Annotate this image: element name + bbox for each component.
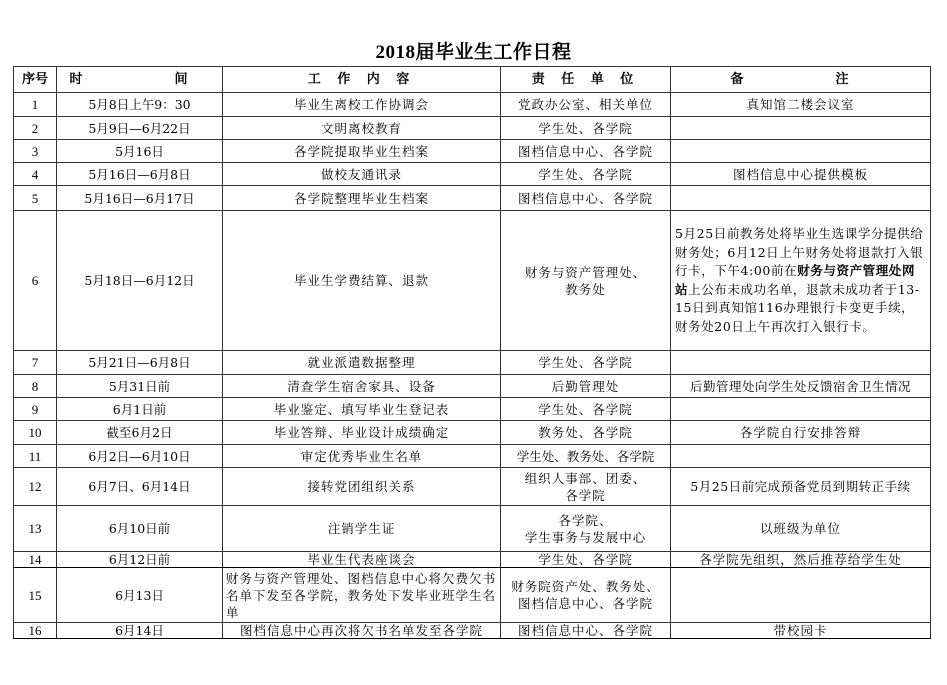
cell-unit: 学生处、各学院 (501, 398, 671, 421)
cell-no: 4 (14, 163, 57, 186)
cell-unit: 学生处、各学院 (501, 117, 671, 140)
cell-no: 13 (14, 506, 57, 552)
unit-line: 财务院资产处、教务处、 (504, 578, 667, 595)
cell-unit: 后勤管理处 (501, 375, 671, 398)
cell-no: 9 (14, 398, 57, 421)
unit-line: 财务与资产管理处、 (504, 264, 667, 281)
cell-unit: 各学院、 学生事务与发展中心 (501, 506, 671, 552)
cell-no: 14 (14, 552, 57, 568)
cell-task: 毕业生学费结算、退款 (223, 211, 501, 351)
cell-task: 注销学生证 (223, 506, 501, 552)
cell-no: 12 (14, 468, 57, 506)
cell-note (671, 140, 931, 163)
cell-time: 6月7日、6月14日 (57, 468, 223, 506)
table-row: 1 5月8日上午9：30 毕业生离校工作协调会 党政办公室、相关单位 真知馆二楼… (14, 93, 931, 117)
table-row: 3 5月16日 各学院提取毕业生档案 图档信息中心、各学院 (14, 140, 931, 163)
cell-task: 各学院整理毕业生档案 (223, 186, 501, 211)
cell-unit: 党政办公室、相关单位 (501, 93, 671, 117)
cell-no: 11 (14, 445, 57, 468)
header-time: 时 间 (57, 67, 223, 93)
cell-task: 毕业答辩、毕业设计成绩确定 (223, 421, 501, 445)
cell-note (671, 186, 931, 211)
unit-line: 教务处 (504, 281, 667, 298)
cell-time: 6月12日前 (57, 552, 223, 568)
cell-task: 清查学生宿舍家具、设备 (223, 375, 501, 398)
cell-unit: 教务处、各学院 (501, 421, 671, 445)
cell-no: 6 (14, 211, 57, 351)
table-row: 16 6月14日 图档信息中心再次将欠书名单发至各学院 图档信息中心、各学院 带… (14, 623, 931, 639)
note-text: 上公布未成功名单，退款未成功者于13-15日到真知馆116办理银行卡变更手续，财… (675, 282, 920, 334)
cell-unit: 财务院资产处、教务处、 图档信息中心、各学院 (501, 568, 671, 623)
cell-note (671, 351, 931, 375)
cell-task: 审定优秀毕业生名单 (223, 445, 501, 468)
cell-time: 6月10日前 (57, 506, 223, 552)
table-header-row: 序号 时 间 工 作 内 容 责 任 单 位 备 注 (14, 67, 931, 93)
cell-time: 5月16日 (57, 140, 223, 163)
cell-task: 就业派遣数据整理 (223, 351, 501, 375)
unit-line: 学生事务与发展中心 (504, 529, 667, 546)
cell-time: 6月1日前 (57, 398, 223, 421)
cell-no: 10 (14, 421, 57, 445)
cell-task: 文明离校教育 (223, 117, 501, 140)
cell-note: 5月25日前完成预备党员到期转正手续 (671, 468, 931, 506)
cell-unit: 组织人事部、团委、 各学院 (501, 468, 671, 506)
cell-time: 截至6月2日 (57, 421, 223, 445)
cell-no: 5 (14, 186, 57, 211)
cell-task: 图档信息中心再次将欠书名单发至各学院 (223, 623, 501, 639)
document-title: 2018届毕业生工作日程 (0, 42, 947, 64)
table-row: 7 5月21日—6月8日 就业派遣数据整理 学生处、各学院 (14, 351, 931, 375)
cell-note: 真知馆二楼会议室 (671, 93, 931, 117)
cell-time: 6月14日 (57, 623, 223, 639)
cell-time: 5月16日—6月17日 (57, 186, 223, 211)
cell-no: 2 (14, 117, 57, 140)
cell-no: 7 (14, 351, 57, 375)
table-row: 15 6月13日 财务与资产管理处、图档信息中心将欠费欠书名单下发至各学院，教务… (14, 568, 931, 623)
cell-unit: 图档信息中心、各学院 (501, 140, 671, 163)
cell-no: 16 (14, 623, 57, 639)
cell-note: 5月25日前教务处将毕业生选课学分提供给财务处；6月12日上午财务处将退款打入银… (671, 211, 931, 351)
cell-note: 后勤管理处向学生处反馈宿舍卫生情况 (671, 375, 931, 398)
table-row: 14 6月12日前 毕业生代表座谈会 学生处、各学院 各学院先组织，然后推荐给学… (14, 552, 931, 568)
cell-task: 接转党团组织关系 (223, 468, 501, 506)
cell-task: 财务与资产管理处、图档信息中心将欠费欠书名单下发至各学院，教务处下发毕业班学生名… (223, 568, 501, 623)
cell-no: 1 (14, 93, 57, 117)
table-row: 13 6月10日前 注销学生证 各学院、 学生事务与发展中心 以班级为单位 (14, 506, 931, 552)
cell-time: 5月8日上午9：30 (57, 93, 223, 117)
unit-line: 各学院、 (504, 512, 667, 529)
cell-no: 3 (14, 140, 57, 163)
cell-unit: 学生处、各学院 (501, 163, 671, 186)
cell-task: 毕业生离校工作协调会 (223, 93, 501, 117)
cell-note: 图档信息中心提供模板 (671, 163, 931, 186)
cell-time: 5月16日—6月8日 (57, 163, 223, 186)
cell-time: 5月18日—6月12日 (57, 211, 223, 351)
header-no: 序号 (14, 67, 57, 93)
cell-time: 5月21日—6月8日 (57, 351, 223, 375)
table-row: 5 5月16日—6月17日 各学院整理毕业生档案 图档信息中心、各学院 (14, 186, 931, 211)
header-unit: 责 任 单 位 (501, 67, 671, 93)
cell-time: 5月31日前 (57, 375, 223, 398)
table-row: 10 截至6月2日 毕业答辩、毕业设计成绩确定 教务处、各学院 各学院自行安排答… (14, 421, 931, 445)
unit-line: 组织人事部、团委、 (504, 470, 667, 487)
cell-unit: 学生处、教务处、各学院 (501, 445, 671, 468)
cell-time: 6月13日 (57, 568, 223, 623)
table-row: 11 6月2日—6月10日 审定优秀毕业生名单 学生处、教务处、各学院 (14, 445, 931, 468)
cell-task: 做校友通讯录 (223, 163, 501, 186)
table-row: 9 6月1日前 毕业鉴定、填写毕业生登记表 学生处、各学院 (14, 398, 931, 421)
table-row: 4 5月16日—6月8日 做校友通讯录 学生处、各学院 图档信息中心提供模板 (14, 163, 931, 186)
cell-unit: 学生处、各学院 (501, 351, 671, 375)
cell-task: 毕业鉴定、填写毕业生登记表 (223, 398, 501, 421)
cell-no: 8 (14, 375, 57, 398)
cell-unit: 图档信息中心、各学院 (501, 623, 671, 639)
cell-note: 带校园卡 (671, 623, 931, 639)
unit-line: 图档信息中心、各学院 (504, 595, 667, 612)
cell-no: 15 (14, 568, 57, 623)
cell-note: 各学院先组织，然后推荐给学生处 (671, 552, 931, 568)
header-task: 工 作 内 容 (223, 67, 501, 93)
cell-time: 5月9日—6月22日 (57, 117, 223, 140)
cell-unit: 学生处、各学院 (501, 552, 671, 568)
header-note: 备 注 (671, 67, 931, 93)
table-row: 8 5月31日前 清查学生宿舍家具、设备 后勤管理处 后勤管理处向学生处反馈宿舍… (14, 375, 931, 398)
cell-unit: 图档信息中心、各学院 (501, 186, 671, 211)
cell-task: 各学院提取毕业生档案 (223, 140, 501, 163)
table-row: 6 5月18日—6月12日 毕业生学费结算、退款 财务与资产管理处、 教务处 5… (14, 211, 931, 351)
table-row: 12 6月7日、6月14日 接转党团组织关系 组织人事部、团委、 各学院 5月2… (14, 468, 931, 506)
cell-note (671, 117, 931, 140)
cell-task: 毕业生代表座谈会 (223, 552, 501, 568)
cell-note: 以班级为单位 (671, 506, 931, 552)
cell-note (671, 398, 931, 421)
table-row: 2 5月9日—6月22日 文明离校教育 学生处、各学院 (14, 117, 931, 140)
schedule-table: 序号 时 间 工 作 内 容 责 任 单 位 备 注 1 5月8日上午9：30 … (13, 66, 931, 639)
cell-unit: 财务与资产管理处、 教务处 (501, 211, 671, 351)
cell-time: 6月2日—6月10日 (57, 445, 223, 468)
cell-note (671, 445, 931, 468)
cell-note: 各学院自行安排答辩 (671, 421, 931, 445)
cell-note (671, 568, 931, 623)
unit-line: 各学院 (504, 487, 667, 504)
